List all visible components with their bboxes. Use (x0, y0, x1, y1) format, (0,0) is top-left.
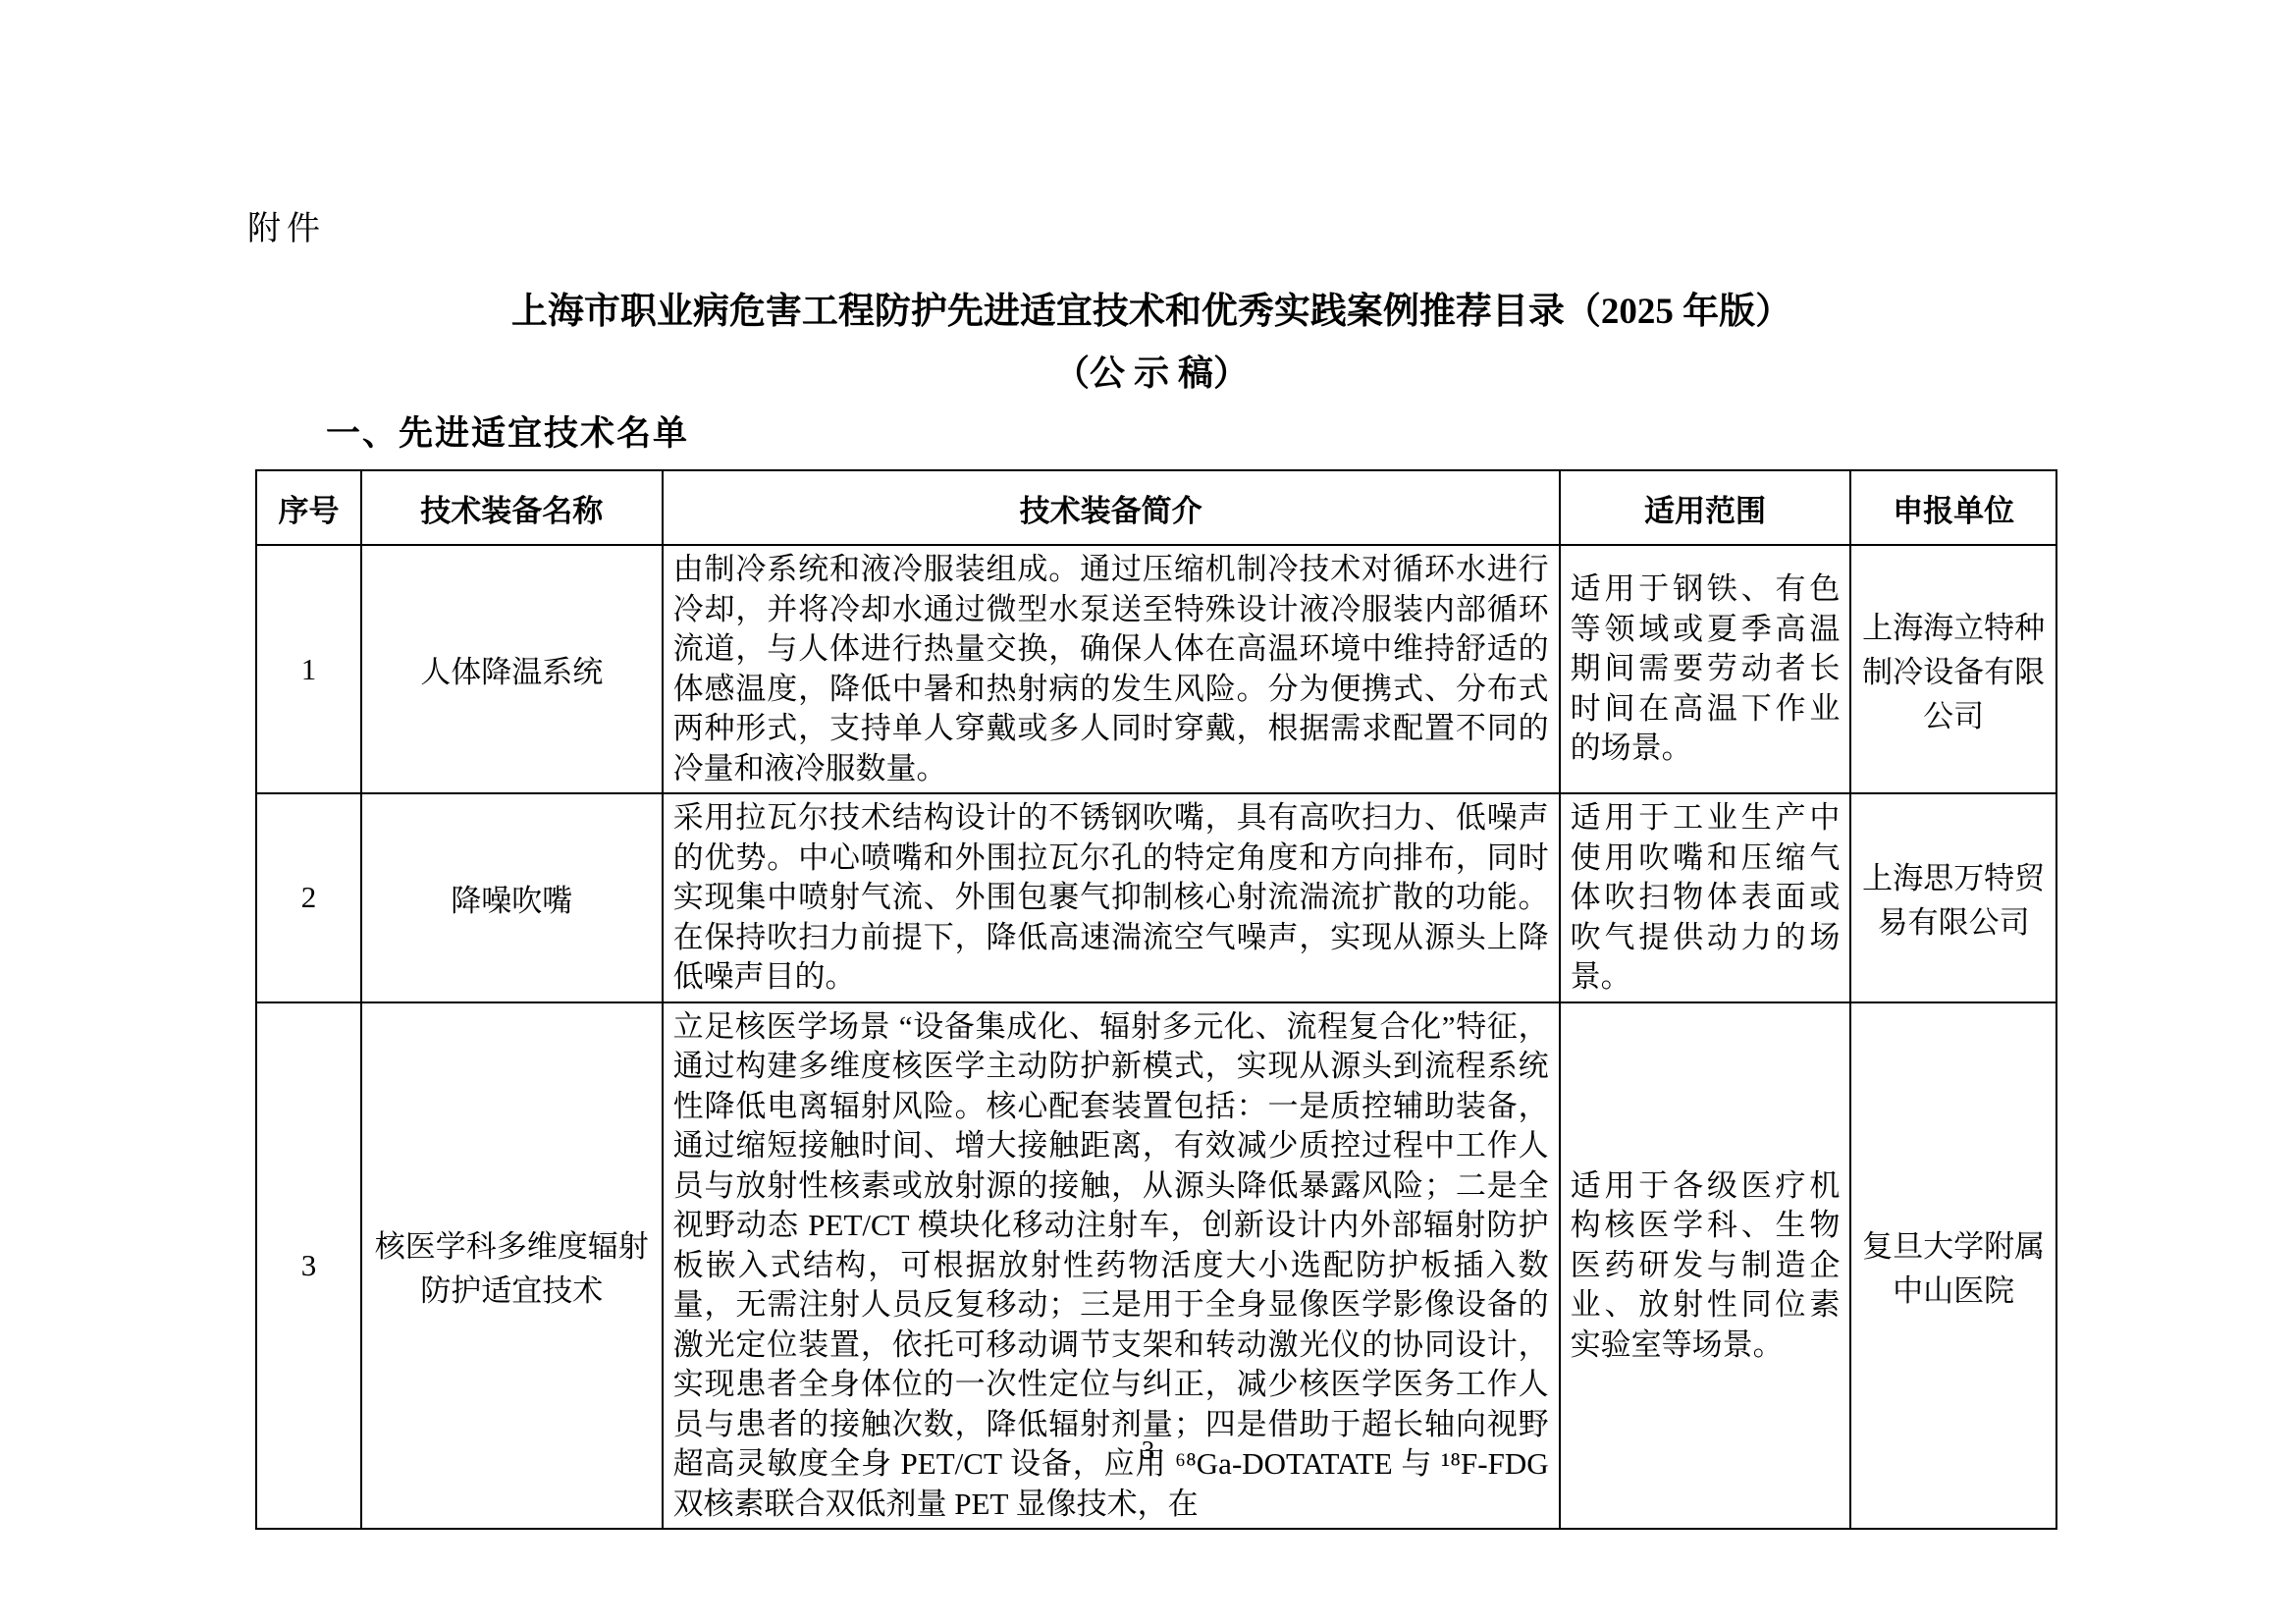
row1-scope: 适用于钢铁、有色等领域或夏季高温期间需要劳动者长时间在高温下作业的场景。 (1560, 545, 1851, 793)
technology-table: 序号 技术装备名称 技术装备简介 适用范围 申报单位 1 人体降温系统 由制冷系… (255, 469, 2057, 1530)
header-tech-intro: 技术装备简介 (663, 470, 1560, 545)
row1-tech-intro: 由制冷系统和液冷服装组成。通过压缩机制冷技术对循环水进行冷却，并将冷却水通过微型… (663, 545, 1560, 793)
table-row: 1 人体降温系统 由制冷系统和液冷服装组成。通过压缩机制冷技术对循环水进行冷却，… (256, 545, 2056, 793)
header-tech-name: 技术装备名称 (361, 470, 663, 545)
document-title: 上海市职业病危害工程防护先进适宜技术和优秀实践案例推荐目录（2025 年版） (245, 281, 2057, 334)
table-row: 2 降噪吹嘴 采用拉瓦尔技术结构设计的不锈钢吹嘴，具有高吹扫力、低噪声的优势。中… (256, 793, 2056, 1002)
attachment-label: 附件 (247, 201, 326, 249)
row1-tech-name: 人体降温系统 (361, 545, 663, 793)
technology-table-wrap: 序号 技术装备名称 技术装备简介 适用范围 申报单位 1 人体降温系统 由制冷系… (255, 469, 2057, 1530)
document-subtitle: （公 示 稿） (245, 346, 2057, 396)
header-scope: 适用范围 (1560, 470, 1851, 545)
row1-unit: 上海海立特种制冷设备有限公司 (1850, 545, 2056, 793)
row2-tech-name: 降噪吹嘴 (361, 793, 663, 1002)
row2-tech-intro: 采用拉瓦尔技术结构设计的不锈钢吹嘴，具有高吹扫力、低噪声的优势。中心喷嘴和外围拉… (663, 793, 1560, 1002)
header-serial-number: 序号 (256, 470, 361, 545)
row1-serial-number: 1 (256, 545, 361, 793)
row2-serial-number: 2 (256, 793, 361, 1002)
table-header-row: 序号 技术装备名称 技术装备简介 适用范围 申报单位 (256, 470, 2056, 545)
row2-scope: 适用于工业生产中使用吹嘴和压缩气体吹扫物体表面或吹气提供动力的场景。 (1560, 793, 1851, 1002)
header-unit: 申报单位 (1850, 470, 2056, 545)
row2-unit: 上海思万特贸易有限公司 (1850, 793, 2056, 1002)
document-page: 附件 上海市职业病危害工程防护先进适宜技术和优秀实践案例推荐目录（2025 年版… (0, 0, 2296, 1624)
section-heading: 一、先进适宜技术名单 (326, 406, 689, 456)
page-number: 3 (0, 1435, 2296, 1466)
